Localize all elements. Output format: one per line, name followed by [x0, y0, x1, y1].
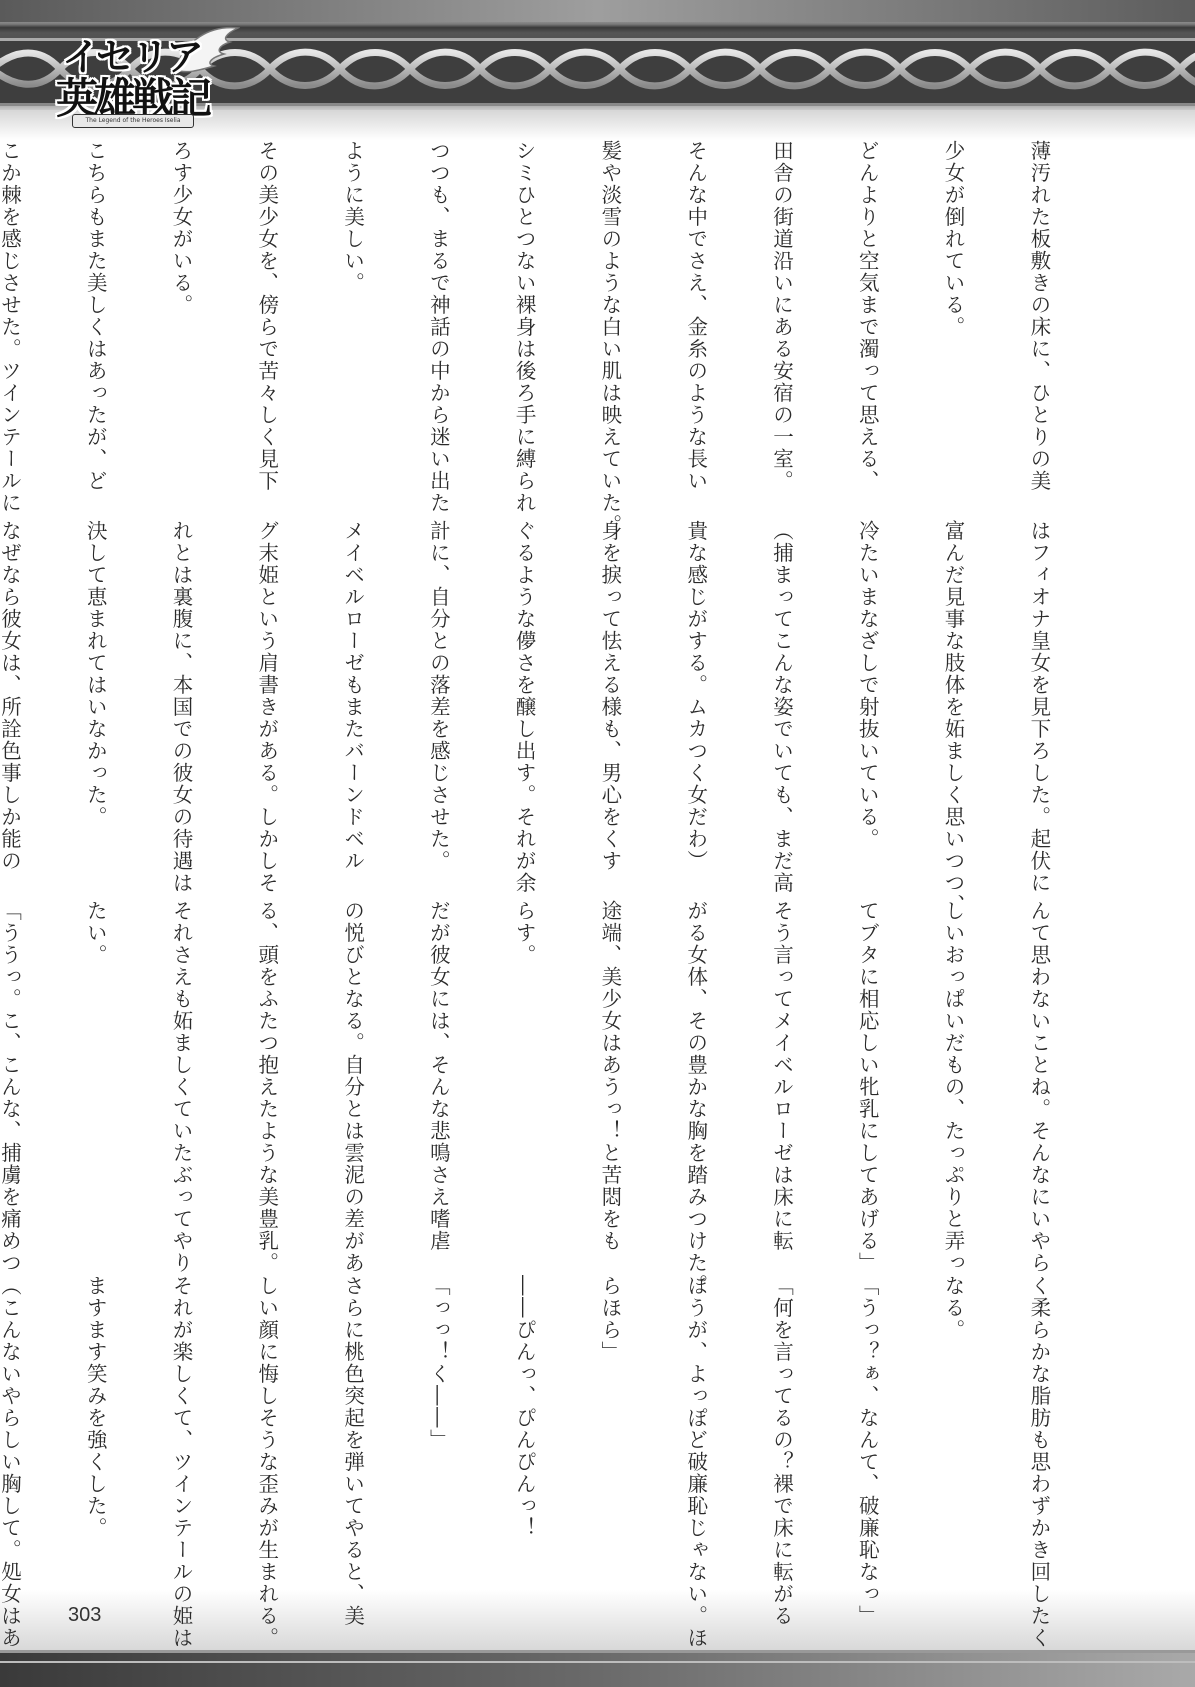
text-column: 決して恵まれてはいなかった。 [81, 520, 110, 850]
page-footer-banner [0, 1650, 1195, 1687]
text-column: ほうが、よっぽど破廉恥じゃない。ほ [681, 1275, 710, 1605]
text-column: 少女が倒れている。 [938, 140, 967, 470]
text-column: メイベルローゼもまたバーンドベル [338, 520, 367, 850]
text-column: そう言ってメイベルローゼは床に転 [767, 900, 796, 1230]
text-band-2: はフィオナ皇女を見下ろした。起伏に 富んだ見事な肢体を妬ましく思いつつ、 冷たい… [70, 520, 1110, 850]
text-band-1: 薄汚れた板敷きの床に、ひとりの美 少女が倒れている。 どんよりと空気まで濁って思… [70, 140, 1110, 470]
text-column: （捕まってこんな姿でいても、まだ高 [767, 520, 796, 850]
text-column: しい顔に悔しそうな歪みが生まれる。 [252, 1275, 281, 1605]
page-number: 303 [68, 1604, 101, 1627]
text-column: 薄汚れた板敷きの床に、ひとりの美 [1024, 140, 1053, 470]
text-column: く柔らかな脂肪も思わずかき回したく [1024, 1275, 1053, 1605]
series-logo: イセリア 英雄戦記 The Legend of the Heroes Iseli… [52, 20, 222, 125]
text-column: らす。 [510, 900, 539, 1230]
text-column: ように美しい。 [338, 140, 367, 470]
text-column: ――ぴんっ、ぴんぴんっ！ [510, 1275, 539, 1605]
text-column: さらに桃色突起を弾いてやると、美 [338, 1275, 367, 1605]
text-column: なる。 [938, 1275, 967, 1605]
logo-subtitle-ribbon: The Legend of the Heroes Iselia [72, 114, 194, 128]
text-column: てブタに相応しい牝乳にしてあげる」 [853, 900, 882, 1230]
text-column: んて思わないことね。そんなにいやら [1024, 900, 1053, 1230]
text-column: らほら」 [595, 1275, 624, 1605]
text-column: はフィオナ皇女を見下ろした。起伏に [1024, 520, 1053, 850]
text-column: どんよりと空気まで濁って思える、 [853, 140, 882, 470]
text-column: れとは裏腹に、本国での彼女の待遇は [166, 520, 195, 850]
text-column: 「うっ？ぁ、なんて、破廉恥なっ」 [853, 1275, 882, 1605]
text-column: 貴な感じがする。ムカつく女だわ） [681, 520, 710, 850]
text-column: の悦びとなる。自分とは雲泥の差があ [338, 900, 367, 1230]
text-column: そんな中でさえ、金糸のような長い [681, 140, 710, 470]
text-column: それさえも妬ましくていたぶってやり [166, 900, 195, 1230]
text-column: こか棘を感じさせた。ツインテールに [0, 140, 23, 470]
header-gradient-strip [0, 0, 1195, 22]
text-column: 田舎の街道沿いにある安宿の一室。 [767, 140, 796, 470]
text-column: ぐるような儚さを醸し出す。それが余 [510, 520, 539, 850]
text-band-4: く柔らかな脂肪も思わずかき回したく なる。 「うっ？ぁ、なんて、破廉恥なっ」 「… [70, 1275, 1110, 1605]
text-column: シミひとつない裸身は後ろ手に縛られ [510, 140, 539, 470]
text-column: しいおっぱいだもの、たっぷりと弄っ [938, 900, 967, 1230]
text-column: ろす少女がいる。 [166, 140, 195, 470]
text-column: 計に、自分との落差を感じさせた。 [424, 520, 453, 850]
text-column: つつも、まるで神話の中から迷い出た [424, 140, 453, 470]
footer-rule [0, 1661, 1195, 1663]
text-column: だが彼女には、そんな悲鳴さえ嗜虐 [424, 900, 453, 1230]
text-column: 冷たいまなざしで射抜いている。 [853, 520, 882, 850]
text-column: グ末姫という肩書きがある。しかしそ [252, 520, 281, 850]
text-column: 「っっ！く――」 [424, 1275, 453, 1605]
text-column: 「何を言ってるの？裸で床に転がる [767, 1275, 796, 1605]
text-column: こちらもまた美しくはあったが、ど [81, 140, 110, 470]
text-column: 途端、美少女はあうっ！と苦悶をも [595, 900, 624, 1230]
text-column: （こんないやらしい胸して。処女はあ [0, 1275, 23, 1605]
text-column: る、頭をふたつ抱えたような美豊乳。 [252, 900, 281, 1230]
text-column: がる女体、その豊かな胸を踏みつけた。 [681, 900, 710, 1230]
text-column: なぜなら彼女は、所詮色事しか能の [0, 520, 23, 850]
text-column: それが楽しくて、ツインテールの姫は [166, 1275, 195, 1605]
text-column: 髪や淡雪のような白い肌は映えていた。 [595, 140, 624, 470]
text-column: その美少女を、傍らで苦々しく見下 [252, 140, 281, 470]
text-column: 「ううっ。こ、こんな、捕虜を痛めつ [0, 900, 23, 1230]
text-column: 富んだ見事な肢体を妬ましく思いつつ、 [938, 520, 967, 850]
text-column: 身を捩って怯える様も、男心をくす [595, 520, 624, 850]
text-column: ますます笑みを強くした。 [81, 1275, 110, 1605]
text-column: たい。 [81, 900, 110, 1230]
text-band-3: んて思わないことね。そんなにいやら しいおっぱいだもの、たっぷりと弄っ てブタに… [70, 900, 1110, 1230]
